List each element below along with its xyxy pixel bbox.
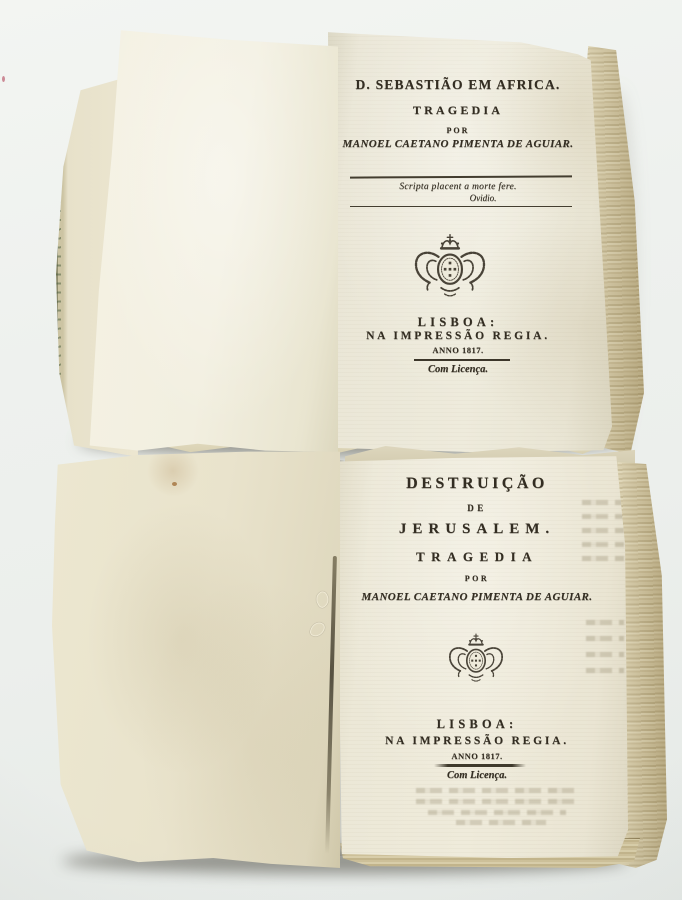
paper-speck — [172, 482, 177, 486]
photo-scene: D. SEBASTIÃO EM AFRICA. TRAGEDIA POR MAN… — [0, 0, 682, 900]
paper-speck — [2, 76, 5, 82]
bottom-book-title-line2: DE — [331, 504, 623, 513]
bottom-book-imprint-year: ANNO 1817. — [331, 752, 623, 761]
bottom-book-author: MANOEL CAETANO PIMENTA DE AGUIAR. — [331, 592, 623, 603]
imprint-rule — [434, 764, 526, 767]
bottom-book-imprint-printer: NA IMPRESSÃO REGIA. — [331, 736, 623, 748]
bottom-book-byline: POR — [331, 575, 623, 583]
bottom-book-imprint-city: LISBOA: — [331, 718, 623, 731]
bottom-book-title-line3: JERUSALEM. — [331, 522, 623, 537]
bottom-book-title-line1: DESTRUIÇÃO — [331, 476, 623, 492]
royal-crest-icon — [441, 632, 511, 692]
book-bottom-title-text: DESTRUIÇÃO DE JERUSALEM. TRAGEDIA POR MA… — [336, 456, 628, 858]
book-bottom-title-page: DESTRUIÇÃO DE JERUSALEM. TRAGEDIA POR MA… — [336, 456, 628, 858]
bottom-book-license: Com Licença. — [331, 771, 623, 782]
book-bottom: DESTRUIÇÃO DE JERUSALEM. TRAGEDIA POR MA… — [0, 0, 682, 900]
book-bottom-left-blank-page — [52, 450, 340, 868]
bottom-book-genre: TRAGEDIA — [331, 550, 623, 563]
